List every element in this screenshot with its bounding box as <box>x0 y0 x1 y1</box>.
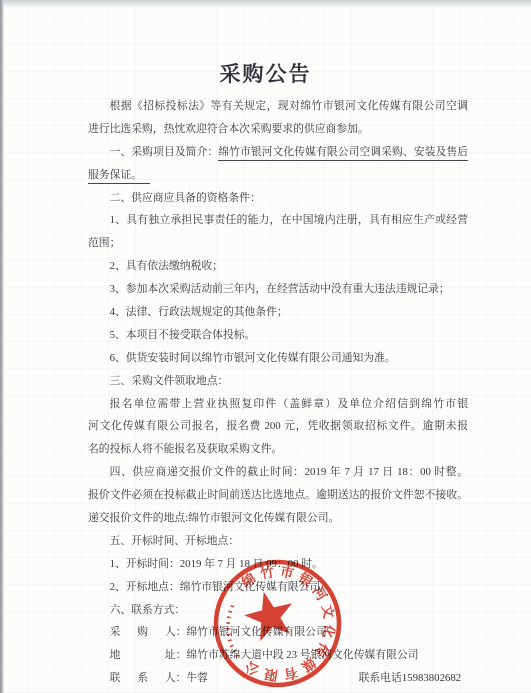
doc-line: 服务保证。 <box>88 164 468 187</box>
doc-line: 一、采购项目及简介：绵竹市银河文化传媒有限公司空调采购、安装及售后 <box>88 141 468 164</box>
doc-line: 进行比选采购，热忱欢迎符合本次采购要求的供应商参加。 <box>88 118 468 141</box>
colon: ： <box>176 649 187 661</box>
doc-line: 三、采购文件领取地点： <box>88 370 468 393</box>
doc-line: 4、法律、行政法规规定的其他条件； <box>88 301 468 324</box>
doc-line: 3、参加本次采购活动前三年内，在经营活动中没有重大违法违规记录； <box>88 278 468 301</box>
doc-line: 根据《招标投标法》等有关规定，现对绵竹市银河文化传媒有限公司空调 <box>88 95 468 118</box>
phone-value: 15983802682 <box>402 672 461 684</box>
contact-person-value: 牛蓉 <box>186 672 208 684</box>
doc-line: 五、开标时间、开标地点： <box>88 530 468 553</box>
address-label: 地址 <box>110 644 176 667</box>
doc-line: 2、具有依法缴纳税收； <box>88 255 468 278</box>
section-label: 一、采购项目及简介： <box>110 146 219 158</box>
doc-line: 四、供应商递交报价文件的截止时间：2019 年 7 月 17 日 18：00 时… <box>88 461 468 484</box>
underlined-text: 绵竹市银河文化传媒有限公司空调采购、安装及售后 <box>218 146 468 161</box>
star-icon <box>240 586 299 644</box>
scanned-document-page: 采购公告 根据《招标投标法》等有关规定，现对绵竹市银河文化传媒有限公司空调 进行… <box>0 0 531 693</box>
phone-label: 联系电话 <box>359 672 402 684</box>
doc-line: 名的投标人将不能报名及获取采购文件。 <box>88 438 468 461</box>
doc-line: 递交报价文件的地点:绵竹市银河文化传媒有限公司。 <box>88 507 468 530</box>
official-seal: 绵竹市银河文化传媒有限公司 <box>210 555 346 693</box>
scan-edge-top <box>0 0 531 8</box>
phone-group: 联系电话15983802682 <box>359 667 462 690</box>
doc-line: 报名单位需带上营业执照复印件（盖鲜章）及单位介绍信到绵竹市银 <box>88 393 468 416</box>
page-title: 采购公告 <box>0 58 531 88</box>
doc-line: 1、具有独立承担民事责任的能力，在中国境内注册，具有相应生产或经营 <box>88 209 468 232</box>
colon: ： <box>176 672 187 684</box>
underlined-text: 服务保证。 <box>88 169 150 184</box>
scan-edge-left <box>0 0 4 693</box>
doc-line: 二、供应商应具备的资格条件： <box>88 187 468 210</box>
colon: ： <box>176 626 187 638</box>
doc-line: 范围； <box>88 232 468 255</box>
doc-line: 报价文件必须在投标截止时间前送达比选地点。逾期送达的报价文件恕不接收。 <box>88 484 468 507</box>
doc-line: 5、本项目不接受联合体投标。 <box>88 324 468 347</box>
contact-person-label: 联系人 <box>110 667 176 690</box>
doc-line: 6、供货安装时间以绵竹市银河文化传媒有限公司通知为准。 <box>88 347 468 370</box>
buyer-label: 采购人 <box>110 621 176 644</box>
seal-code-marks <box>228 606 237 657</box>
doc-line: 河文化传媒有限公司报名，报名费 200 元，凭收据领取招标文件。逾期未报 <box>88 415 468 438</box>
